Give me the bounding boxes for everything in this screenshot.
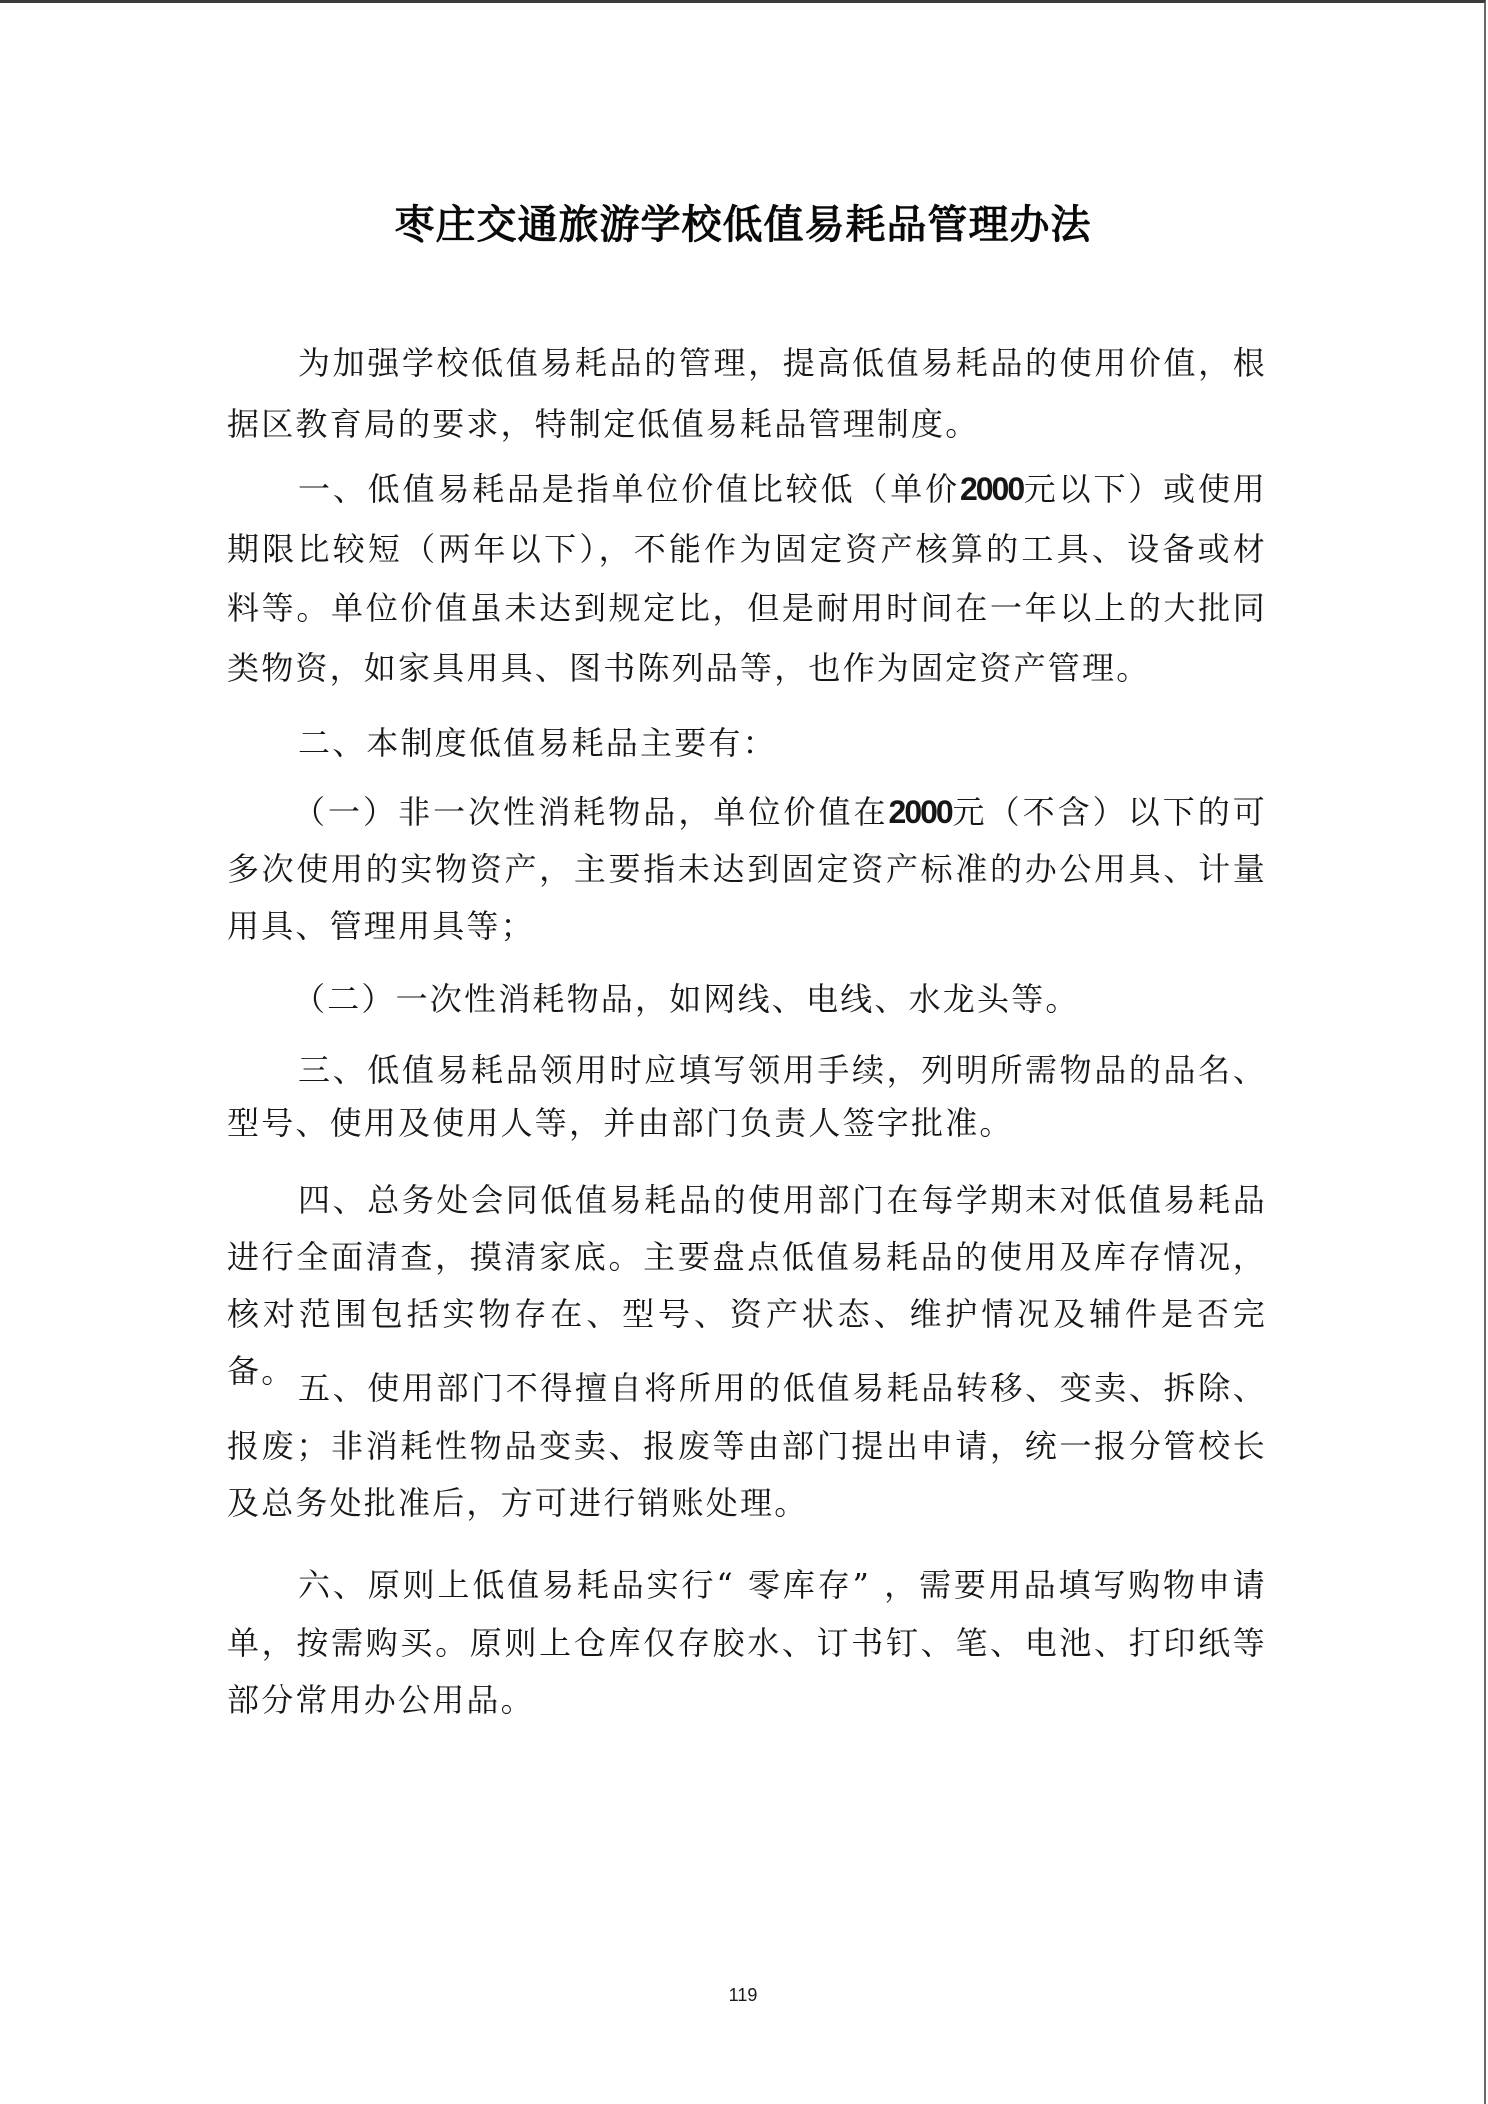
paragraph-text: 一、低值易耗品是指单位价值比较低（单价: [298, 470, 960, 508]
paragraph-section-5: 五、使用部门不得擅自将所用的低值易耗品转移、变卖、拆除、报废；非消耗性物品变卖、…: [227, 1360, 1267, 1533]
document-page: 枣庄交通旅游学校低值易耗品管理办法 为加强学校低值易耗品的管理，提高低值易耗品的…: [0, 0, 1486, 2104]
document-title: 枣庄交通旅游学校低值易耗品管理办法: [0, 199, 1486, 251]
paragraph-intro: 为加强学校低值易耗品的管理，提高低值易耗品的使用价值，根据区教育局的要求，特制定…: [227, 333, 1267, 455]
paragraph-section-2-1: （一）非一次性消耗物品，单位价值在2000元（不含）以下的可多次使用的实物资产，…: [227, 784, 1267, 955]
price-value: 2000: [889, 794, 952, 830]
page-number: 119: [0, 1985, 1486, 2006]
paragraph-section-3: 三、低值易耗品领用时应填写领用手续，列明所需物品的品名、型号、使用及使用人等，并…: [227, 1044, 1267, 1150]
paragraph-section-2: 二、本制度低值易耗品主要有：: [227, 714, 1267, 773]
paragraph-section-1: 一、低值易耗品是指单位价值比较低（单价2000元以下）或使用期限比较短（两年以下…: [227, 460, 1267, 698]
paragraph-text: （一）非一次性消耗物品，单位价值在: [293, 793, 889, 831]
price-value: 2000: [960, 471, 1023, 507]
paragraph-section-2-2: （二）一次性消耗物品，如网线、电线、水龙头等。: [227, 971, 1267, 1028]
paragraph-section-6: 六、原则上低值易耗品实行“ 零库存” ，需要用品填写购物申请单，按需购买。原则上…: [227, 1557, 1267, 1730]
